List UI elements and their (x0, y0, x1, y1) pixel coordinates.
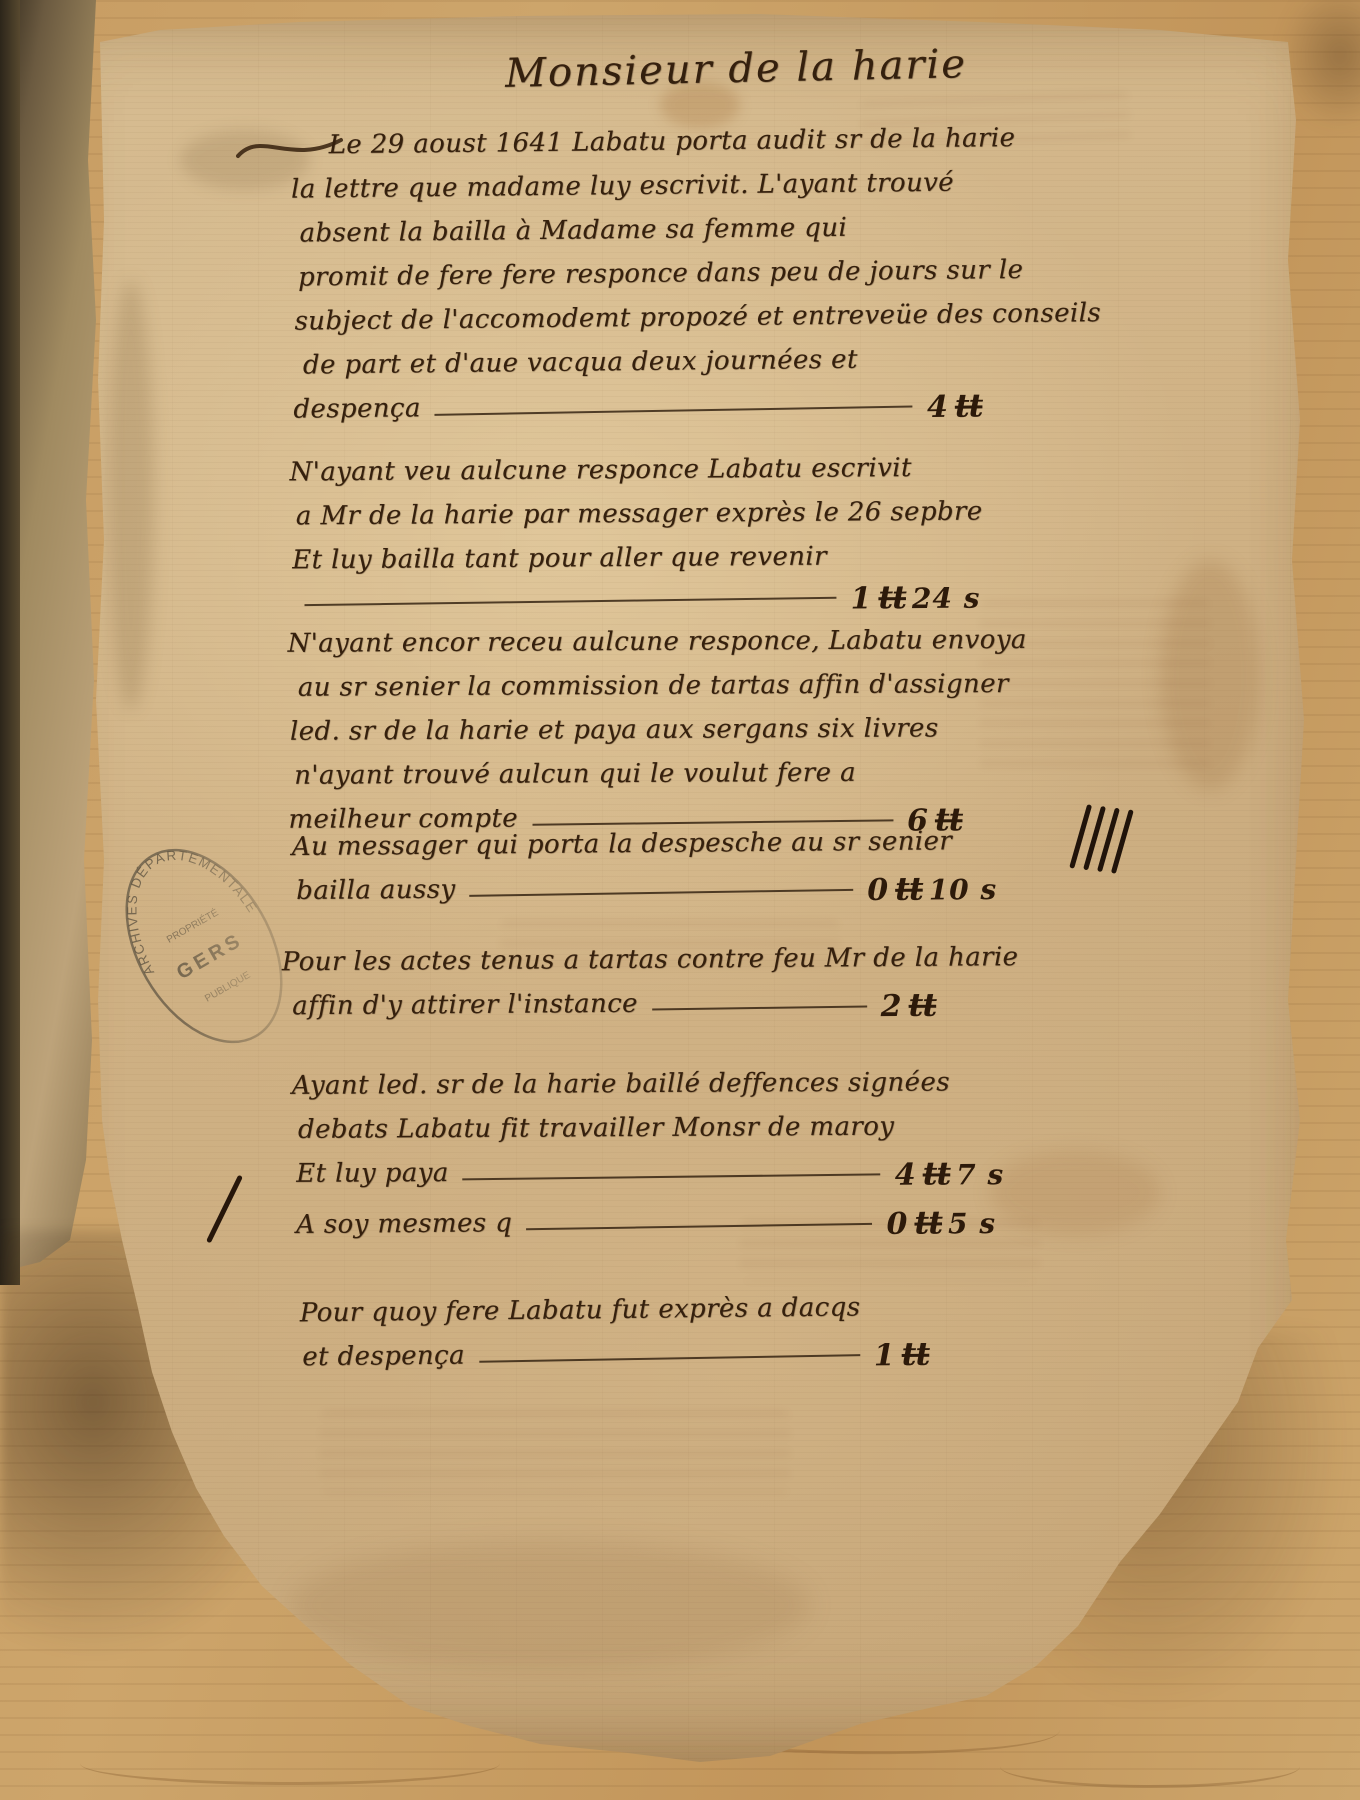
wood-grain-line (80, 1742, 500, 1785)
photo-scene: Monsieur de la harie Le 29 aoust 1641 La… (0, 0, 1360, 1800)
gutter-shadow (0, 0, 20, 1285)
wood-grain-line (1000, 1745, 1300, 1788)
